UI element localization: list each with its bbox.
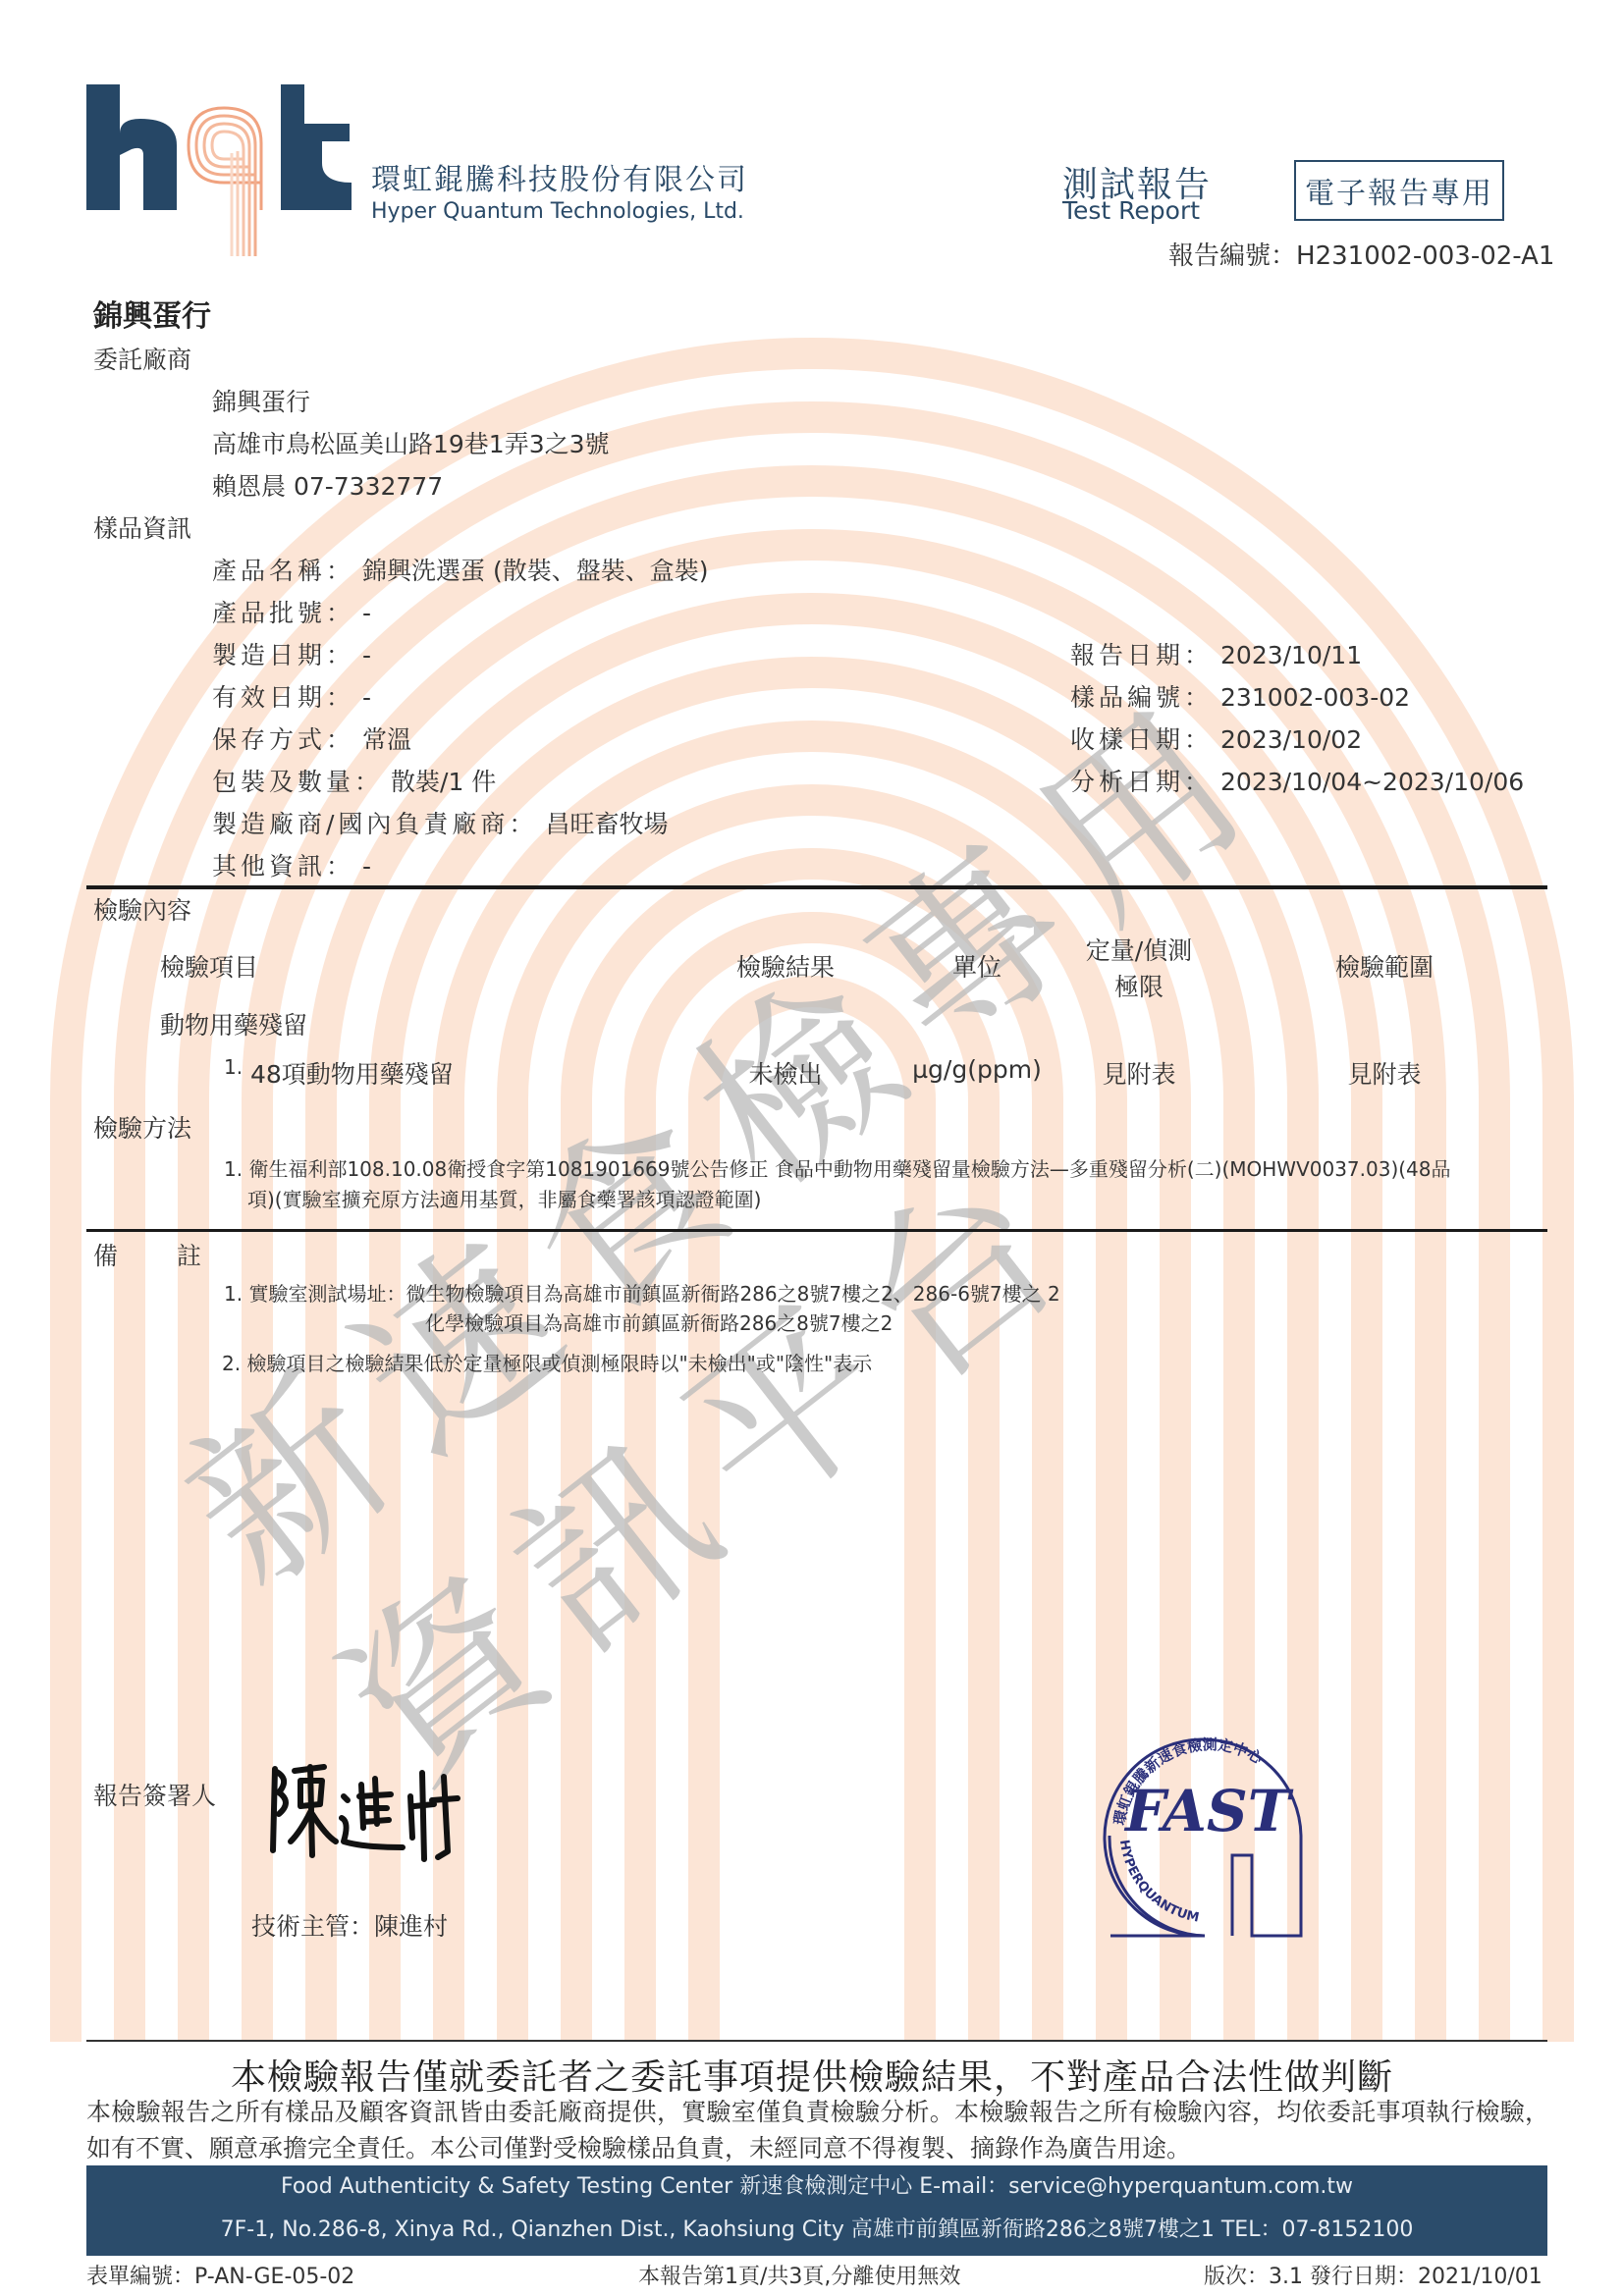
sample-date-label: 樣品編號： bbox=[1070, 678, 1213, 714]
footer-line-1: Food Authenticity & Safety Testing Cente… bbox=[86, 2165, 1547, 2209]
sample-field-value: - bbox=[362, 852, 371, 881]
sample-field-label: 產品批號： bbox=[212, 594, 354, 629]
page-info: 本報告第1頁/共3頁,分離使用無效 bbox=[638, 2260, 960, 2290]
sample-field-value: 昌旺畜牧場 bbox=[545, 810, 668, 838]
form-number: 表單編號：P-AN-GE-05-02 bbox=[86, 2260, 354, 2290]
sample-date-label: 報告日期： bbox=[1070, 636, 1213, 671]
sample-date-field: 分析日期：2023/10/04~2023/10/06 bbox=[1070, 763, 1524, 798]
sample-field: 製造日期：- bbox=[212, 636, 371, 671]
client-title: 錦興蛋行 bbox=[93, 292, 211, 335]
row-result: 未檢出 bbox=[717, 1055, 854, 1091]
client-contact: 賴恩晨 07-7332777 bbox=[212, 467, 443, 503]
client-section-label: 委託廠商 bbox=[93, 341, 191, 376]
sample-date-field: 收樣日期：2023/10/02 bbox=[1070, 721, 1362, 756]
remarks-label-1: 備 bbox=[93, 1237, 118, 1272]
sample-field-label: 其他資訊： bbox=[212, 847, 354, 882]
handwritten-signature bbox=[265, 1757, 471, 1865]
version-info: 版次：3.1 發行日期：2021/10/01 bbox=[1204, 2260, 1543, 2290]
sample-field-label: 有效日期： bbox=[212, 678, 354, 714]
sample-date-value: 2023/10/11 bbox=[1220, 641, 1362, 669]
row-item: 48項動物用藥殘留 bbox=[250, 1055, 454, 1091]
report-number-value: H231002-003-02-A1 bbox=[1296, 241, 1554, 271]
footer-contact-band: Food Authenticity & Safety Testing Cente… bbox=[86, 2165, 1547, 2256]
header-range: 檢驗範圍 bbox=[1311, 948, 1458, 984]
stamp-main-text: FAST bbox=[1123, 1778, 1294, 1844]
sample-field-value: 常溫 bbox=[362, 725, 411, 754]
sample-date-value: 2023/10/04~2023/10/06 bbox=[1220, 768, 1524, 796]
sample-date-value: 231002-003-02 bbox=[1220, 683, 1410, 712]
remarks-label-2: 註 bbox=[177, 1237, 201, 1272]
footer-line-2: 7F-1, No.286-8, Xinya Rd., Qianzhen Dist… bbox=[86, 2209, 1547, 2252]
sample-field-label: 製造日期： bbox=[212, 636, 354, 671]
electronic-report-badge: 電子報告專用 bbox=[1294, 160, 1504, 221]
row-unit: µg/g(ppm) bbox=[889, 1055, 1065, 1084]
client-name: 錦興蛋行 bbox=[212, 383, 310, 418]
header-limit-line2: 極限 bbox=[1060, 968, 1218, 1003]
sample-field-label: 包裝及數量： bbox=[212, 763, 383, 798]
background-arc-pattern bbox=[0, 0, 1624, 2296]
remark-item-1-line2: 化學檢驗項目為高雄市前鎮區新衙路286之8號7樓之2 bbox=[425, 1308, 893, 1336]
company-name-cn: 環虹錕騰科技股份有限公司 bbox=[371, 155, 748, 198]
footer-divider bbox=[86, 2040, 1547, 2042]
report-title-en: Test Report bbox=[1062, 196, 1200, 225]
remark-item-2: 2. 檢驗項目之檢驗結果低於定量極限或偵測極限時以"未檢出"或"陰性"表示 bbox=[222, 1348, 872, 1376]
disclaimer-body: 本檢驗報告之所有樣品及顧客資訊皆由委託廠商提供，實驗室僅負責檢驗分析。本檢驗報告… bbox=[86, 2094, 1549, 2166]
sample-field-label: 產品名稱： bbox=[212, 552, 354, 587]
disclaimer-title: 本檢驗報告僅就委託者之委託事項提供檢驗結果，不對產品合法性做判斷 bbox=[0, 2050, 1624, 2100]
sample-section-label: 樣品資訊 bbox=[93, 509, 191, 545]
sample-field: 其他資訊：- bbox=[212, 847, 371, 882]
sample-field: 產品名稱：錦興洗選蛋 (散裝、盤裝、盒裝) bbox=[212, 552, 708, 587]
company-name-en: Hyper Quantum Technologies, Ltd. bbox=[371, 199, 744, 224]
header-limit-line1: 定量/偵測 bbox=[1060, 932, 1218, 967]
row-range: 見附表 bbox=[1311, 1055, 1458, 1091]
client-address: 高雄市鳥松區美山路19巷1弄3之3號 bbox=[212, 425, 610, 460]
sample-date-label: 分析日期： bbox=[1070, 763, 1213, 798]
sample-field-value: 散裝/1 件 bbox=[391, 768, 496, 796]
signatory-label: 報告簽署人 bbox=[93, 1777, 216, 1812]
sample-field: 保存方式：常溫 bbox=[212, 721, 411, 756]
header-unit: 單位 bbox=[918, 948, 1036, 984]
sample-field: 包裝及數量：散裝/1 件 bbox=[212, 763, 496, 798]
section-divider bbox=[86, 885, 1547, 889]
technical-manager: 技術主管：陳進村 bbox=[251, 1907, 448, 1943]
hqt-logo bbox=[86, 84, 352, 256]
sample-field: 製造廠商/國內負責廠商：昌旺畜牧場 bbox=[212, 805, 668, 840]
sample-date-field: 樣品編號：231002-003-02 bbox=[1070, 678, 1410, 714]
sample-field-label: 保存方式： bbox=[212, 721, 354, 756]
report-number-label: 報告編號： bbox=[1168, 241, 1296, 271]
section-divider bbox=[86, 1229, 1547, 1232]
method-item-1-line1: 1. 衛生福利部108.10.08衛授食字第1081901669號公告修正 食品… bbox=[224, 1153, 1451, 1182]
stamp-bottom-text: HYPERQUANTUM bbox=[1116, 1839, 1201, 1925]
sample-date-field: 報告日期：2023/10/11 bbox=[1070, 636, 1362, 671]
remark-item-1-line1: 1. 實驗室測試場址：微生物檢驗項目為高雄市前鎮區新衙路286之8號7樓之2、2… bbox=[224, 1278, 1060, 1307]
sample-field-value: - bbox=[362, 641, 371, 669]
sample-date-label: 收樣日期： bbox=[1070, 721, 1213, 756]
svg-text:HYPERQUANTUM: HYPERQUANTUM bbox=[1116, 1839, 1201, 1925]
method-item-1-line2: 項)(實驗室擴充原方法適用基質，非屬食藥署該項認證範圍) bbox=[247, 1184, 761, 1212]
sample-field-value: - bbox=[362, 683, 371, 712]
row-limit: 見附表 bbox=[1060, 1055, 1218, 1091]
sample-date-value: 2023/10/02 bbox=[1220, 725, 1362, 754]
header-item: 檢驗項目 bbox=[160, 948, 258, 984]
sample-field-value: 錦興洗選蛋 (散裝、盤裝、盒裝) bbox=[362, 557, 708, 585]
inspection-section-label: 檢驗內容 bbox=[93, 891, 191, 927]
sample-field-value: - bbox=[362, 599, 371, 627]
header-result: 檢驗結果 bbox=[717, 948, 854, 984]
report-number: 報告編號：H231002-003-02-A1 bbox=[1168, 236, 1554, 272]
sample-field-label: 製造廠商/國內負責廠商： bbox=[212, 805, 537, 840]
inspection-category: 動物用藥殘留 bbox=[160, 1006, 307, 1041]
fast-stamp-logo: 環虹錕騰新速食檢測定中心 FAST HYPERQUANTUM bbox=[1095, 1708, 1321, 1944]
sample-field: 有效日期：- bbox=[212, 678, 371, 714]
row-number: 1. bbox=[224, 1055, 243, 1079]
sample-field: 產品批號：- bbox=[212, 594, 371, 629]
method-section-label: 檢驗方法 bbox=[93, 1109, 191, 1145]
